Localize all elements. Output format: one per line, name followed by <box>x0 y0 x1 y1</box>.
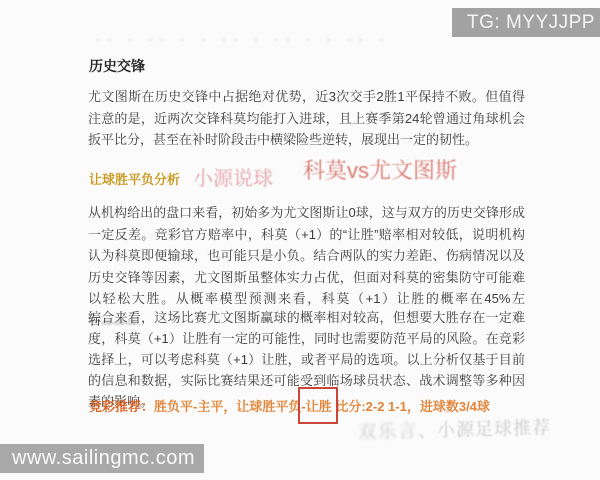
site-url-text: www.sailingmc.com <box>12 447 195 470</box>
footer-watermark-text: 、小源足球推荐 <box>418 417 551 440</box>
footer-watermark: 双乐言、小源足球推荐 <box>358 413 552 444</box>
telegram-watermark-badge: TG: MYYJJPP <box>452 8 600 37</box>
betting-recommendation-line: 竞彩推荐：胜负平-主平，让球胜平负-让胜 比分:2-2 1-1，进球数3/4球 <box>89 396 569 415</box>
site-url-watermark-bar: www.sailingmc.com <box>0 444 204 473</box>
recommendation-highlighted-pick: -让胜 <box>301 396 331 415</box>
telegram-watermark-text: TG: MYYJJPP <box>467 12 595 34</box>
section-heading-handicap-analysis: 让球胜平负分析 <box>89 169 180 188</box>
inline-watermark-xiaoyuan: 小源说球 <box>193 162 273 191</box>
cropped-text-smudge: ⁃⁃ ⁃ ⁃⁃ ⁃ ⁃ ⁃⁃ ⁃ ⁃⁃ ⁃ ⁃ ⁃⁃ ⁃ <box>95 34 485 47</box>
recommendation-boxed-text: -让胜 <box>301 399 331 414</box>
footer-watermark-logo: 双乐言 <box>358 421 419 443</box>
recommendation-post-text: 比分:2-2 1-1，进球数3/4球 <box>332 399 490 414</box>
article-screenshot-page: { "page": { "tg_badge": "TG: MYYJJPP", "… <box>0 0 600 480</box>
match-title-watermark: 科莫vs尤文图斯 <box>303 154 457 185</box>
paragraph-history-analysis: 尤文图斯在历史交锋中占据绝对优势，近3次交手2胜1平保持不败。但值得注意的是，近… <box>88 86 525 151</box>
recommendation-pre-text: 胜负平-主平，让球胜平负 <box>154 399 301 414</box>
section-heading-history: 历史交锋 <box>89 56 145 76</box>
recommendation-label: 竞彩推荐： <box>89 399 154 414</box>
